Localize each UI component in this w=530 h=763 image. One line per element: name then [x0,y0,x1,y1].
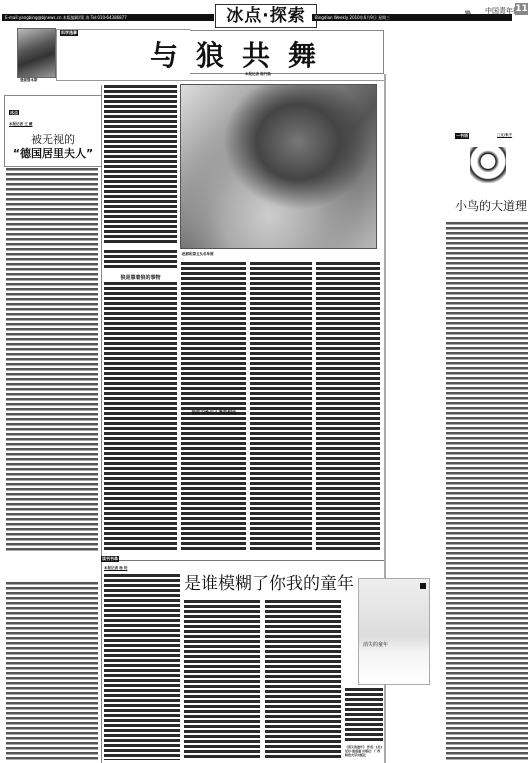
left-article-tag: 冰点 [9,110,19,115]
right-column-author: □文/朱子 [497,133,512,138]
wolf-photo [180,84,377,249]
left-article-header: 冰点 本报记者 王 薇 被无视的 “德国居里夫人” [4,95,102,167]
main-body-col4 [316,262,380,552]
bottom-body-col3 [265,600,341,760]
section-title: 冰点·探索 [215,4,317,28]
bio-photo-caption: 曼妮鲁本斯 [20,78,38,83]
right-column-tag: 一书语 [455,133,469,139]
left-article-title-1: 被无视的 [9,133,97,147]
main-body-col1-b [104,282,177,552]
column-divider [101,85,102,763]
bottom-body-col1 [104,574,180,760]
main-headline: 与狼共舞 [150,34,334,74]
page-number: 11 [515,3,528,15]
left-article-body-cont [6,582,98,760]
main-body-col1-top [104,85,177,245]
left-article-byline: 本报记者 王 薇 [9,122,97,127]
frame-line [56,29,190,30]
decorative-slashes-icon: \\\\\ [465,10,470,17]
main-subhead: 狼是靠着狼的事物 [108,274,173,281]
book-cover-image: 消失的童年 [358,578,430,685]
bottom-section-rule [101,560,384,561]
left-article-body [6,168,98,553]
header-date-bar: Bingdian Weekly 2010年6月9日 星期三 [312,14,512,21]
main-body-col2 [181,262,246,552]
main-body-col3 [250,262,312,552]
book-caption: 《消失的童年》 作者：[美]尼尔·波兹曼 出版社：广西师范大学出版社 [345,745,383,757]
bottom-byline: 本报记者 杨 钧 [104,566,127,571]
bottom-column-tag: 读书书单 [101,556,119,562]
frame-line [56,80,386,81]
author-portrait [470,147,506,183]
right-article-title: 小鸟的大道理 [455,197,527,214]
bottom-body-col2 [184,600,260,760]
frame-line [56,29,57,81]
bottom-headline: 是谁模糊了你我的童年 [184,569,354,594]
book-logo-icon [420,583,426,589]
left-article-title-2: “德国居里夫人” [9,147,97,161]
main-subhead-2: 狼的习性与人类的相处 [183,410,245,416]
column-tag: 科学逸事 [60,30,78,36]
main-body-col1 [104,250,177,270]
right-article-body [446,222,528,760]
book-caption-body [345,688,383,743]
main-byline: 本报记者 陈竹焕 [245,72,271,77]
wolf-photo-caption: 赵群和第五头名单照 [182,252,214,257]
bio-photo [17,28,56,78]
header-contact-bar: E-mail:yangbing@bjnews.cn 本版编辑/策 涛 Tel:0… [2,14,214,21]
book-cover-title: 消失的童年 [363,641,388,648]
